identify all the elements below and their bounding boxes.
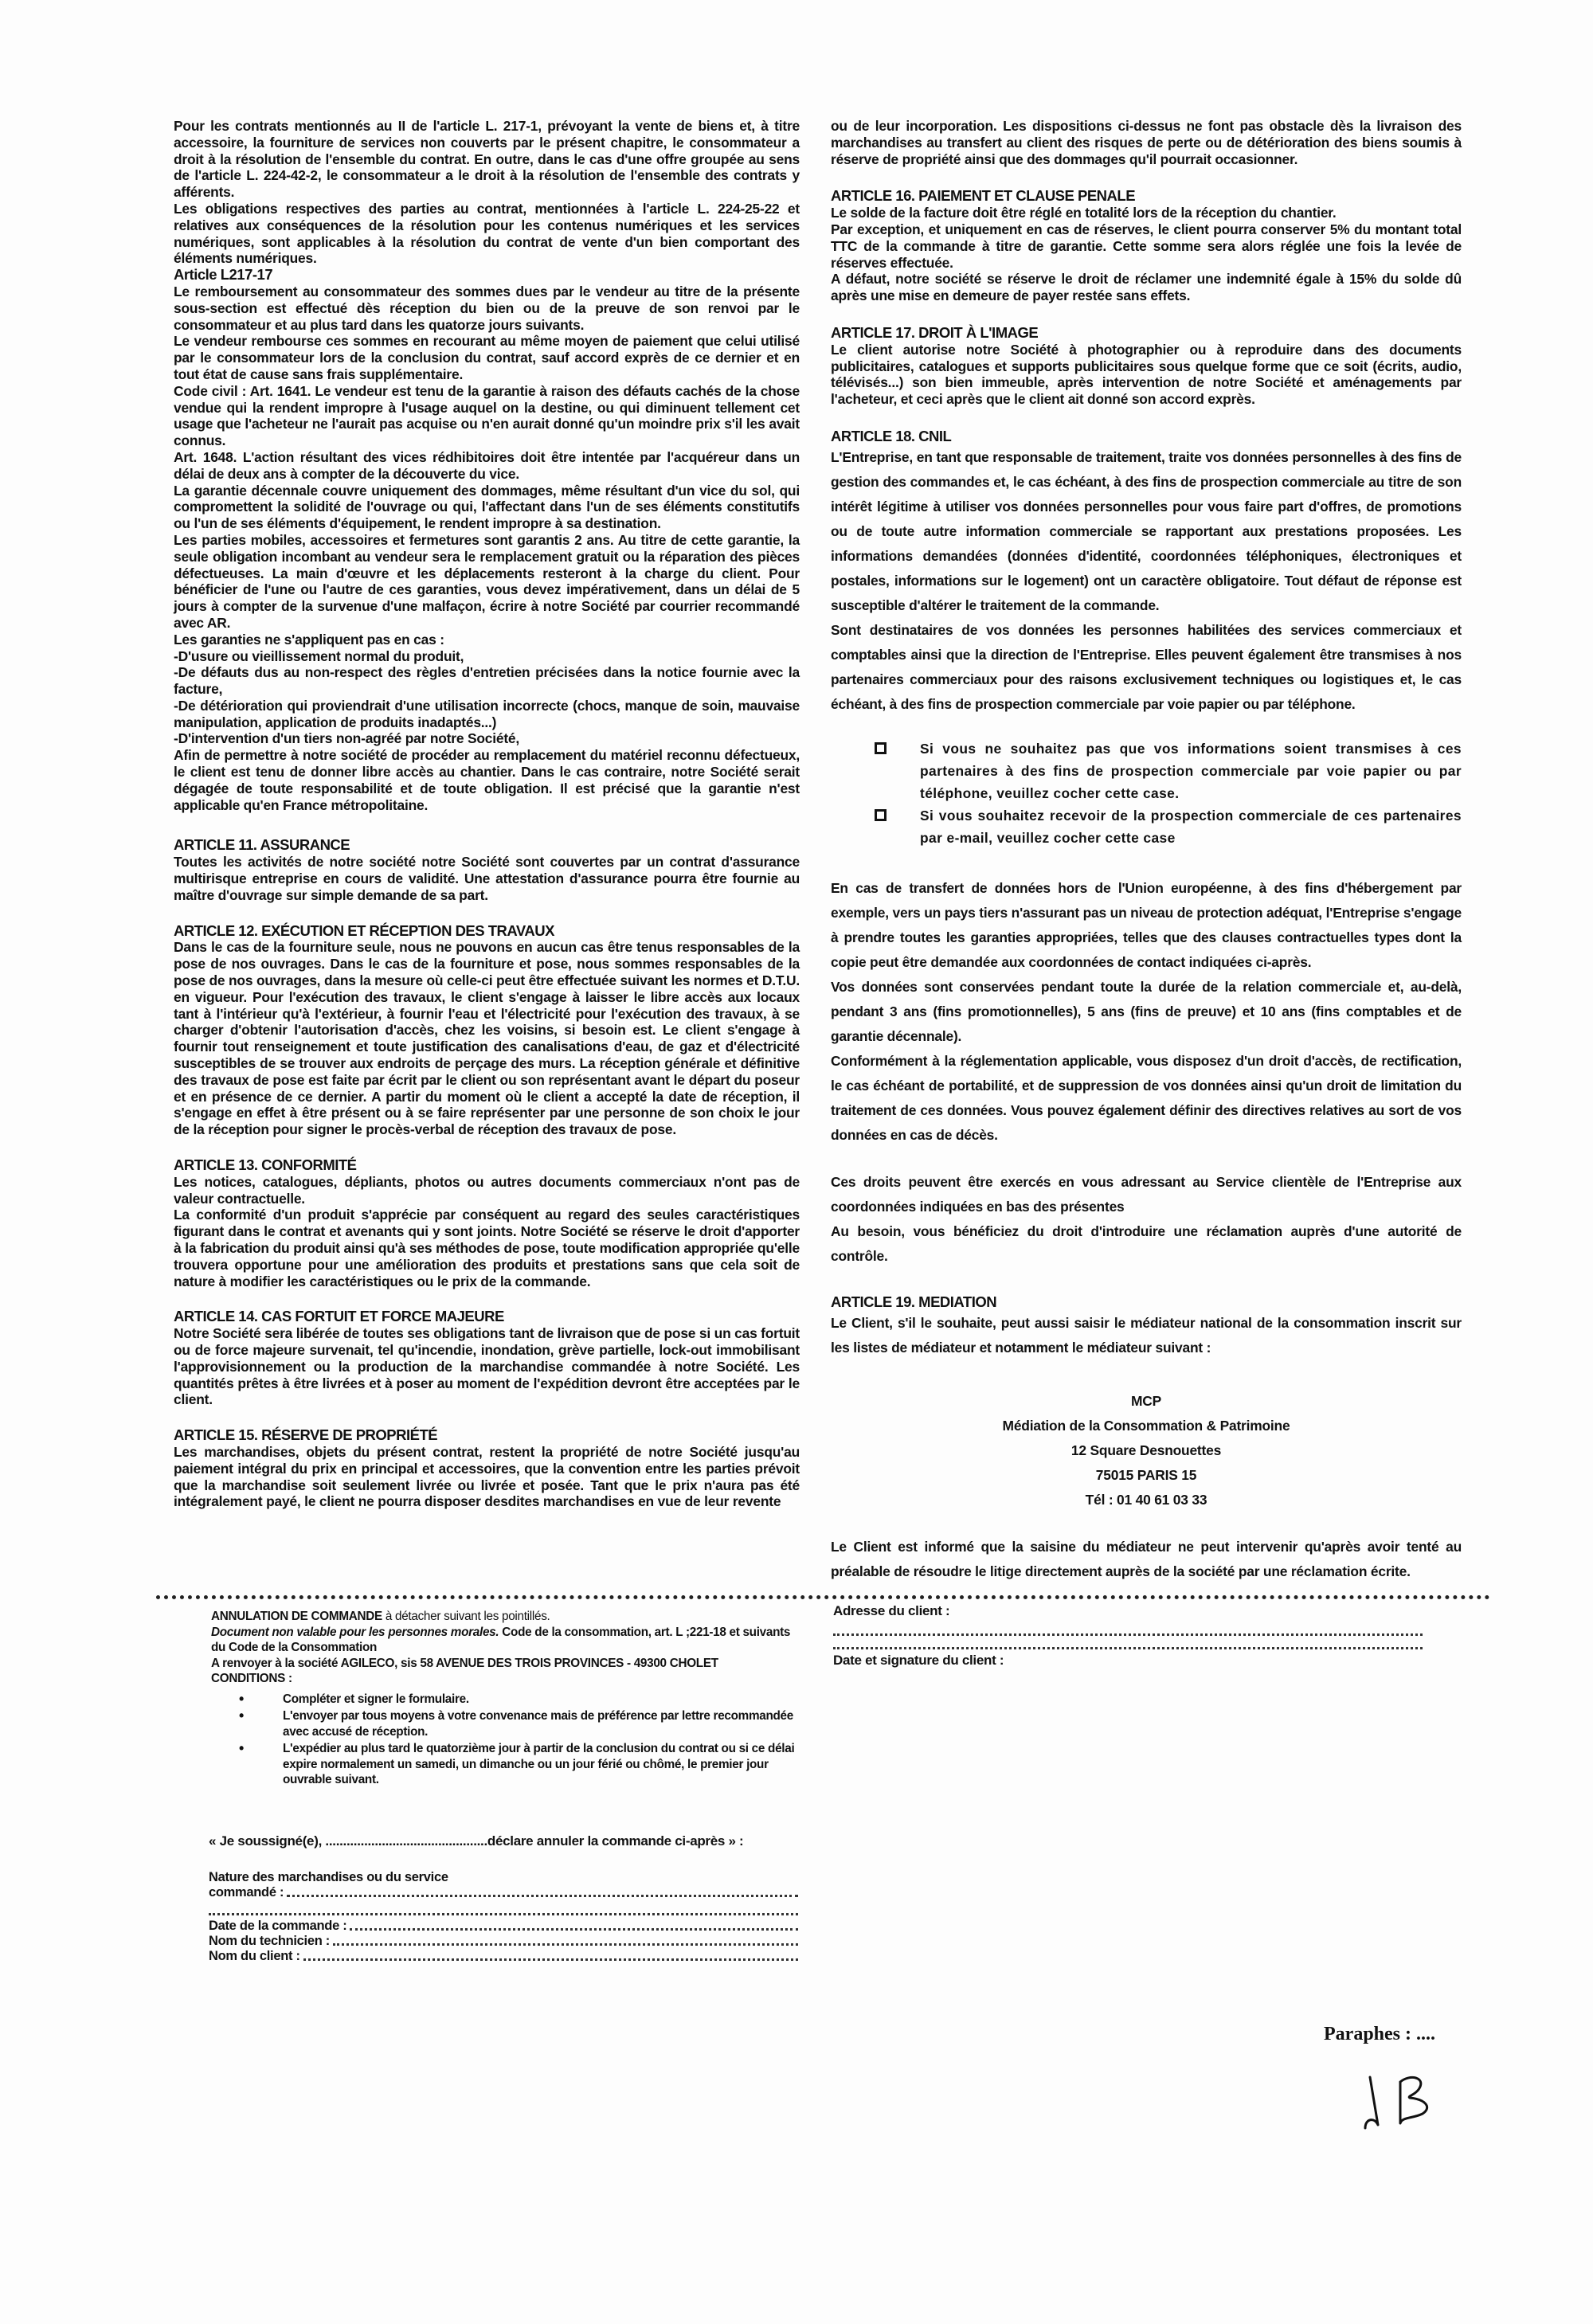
- paragraph: Le Client, s'il le souhaite, peut aussi …: [831, 1311, 1462, 1360]
- legal-note: Document non valable pour les personnes …: [211, 1626, 499, 1639]
- article-16-title: ARTICLE 16. PAIEMENT ET CLAUSE PENALE: [831, 188, 1462, 205]
- client-address-label: Adresse du client :: [833, 1603, 1446, 1619]
- paragraph: Vos données sont conservées pendant tout…: [831, 975, 1462, 1049]
- article-11-title: ARTICLE 11. ASSURANCE: [174, 837, 800, 854]
- cut-line-divider: [156, 1595, 1490, 1599]
- mediator-city: 75015 PARIS 15: [831, 1463, 1462, 1488]
- paragraph: Art. 1648. L'action résultant des vices …: [174, 449, 800, 483]
- paragraph: Sont destinataires de vos données les pe…: [831, 618, 1462, 717]
- client-address-input-2[interactable]: [833, 1647, 1423, 1649]
- exclusion-item: -D'intervention d'un tiers non-agréé par…: [174, 730, 800, 747]
- paragraph: Conformément à la réglementation applica…: [831, 1049, 1462, 1148]
- condition-item: Compléter et signer le formulaire.: [283, 1692, 800, 1708]
- declaration-line[interactable]: « Je soussigné(e), .....................…: [209, 1833, 743, 1849]
- left-column: Pour les contrats mentionnés au II de l'…: [174, 118, 800, 1510]
- article-17-title: ARTICLE 17. DROIT À L'IMAGE: [831, 325, 1462, 342]
- paragraph: Par exception, et uniquement en cas de r…: [831, 221, 1462, 271]
- article-12-title: ARTICLE 12. EXÉCUTION ET RÉCEPTION DES T…: [174, 923, 800, 940]
- intro-paragraph: Pour les contrats mentionnés au II de l'…: [174, 118, 800, 201]
- article-18-title: ARTICLE 18. CNIL: [831, 428, 1462, 445]
- mediator-full-name: Médiation de la Consommation & Patrimoin…: [831, 1414, 1462, 1438]
- client-address-block: Adresse du client : Date et signature du…: [833, 1603, 1446, 1669]
- date-signature-label: Date et signature du client :: [833, 1653, 1446, 1669]
- initials-signature-icon: [1354, 2071, 1450, 2134]
- paragraph: Le solde de la facture doit être réglé e…: [831, 205, 1462, 221]
- return-address: A renvoyer à la société AGILECO, sis 58 …: [211, 1656, 800, 1672]
- paragraph: Le remboursement au consommateur des som…: [174, 284, 800, 333]
- paragraph: Les notices, catalogues, dépliants, phot…: [174, 1174, 800, 1207]
- exclusion-item: -D'usure ou vieillissement normal du pro…: [174, 648, 800, 665]
- technician-input[interactable]: [333, 1943, 798, 1946]
- intro-paragraph: Les obligations respectives des parties …: [174, 201, 800, 267]
- article-14-title: ARTICLE 14. CAS FORTUIT ET FORCE MAJEURE: [174, 1309, 800, 1325]
- paragraph: La garantie décennale couvre uniquement …: [174, 483, 800, 532]
- order-date-field[interactable]: Date de la commande :: [209, 1919, 798, 1934]
- condition-item: L'envoyer par tous moyens à votre conven…: [283, 1708, 800, 1739]
- option-label: Si vous ne souhaitez pas que vos informa…: [920, 737, 1462, 804]
- paragraph: Au besoin, vous bénéficiez du droit d'in…: [831, 1219, 1462, 1269]
- mediator-address: MCP Médiation de la Consommation & Patri…: [831, 1389, 1462, 1512]
- client-name-input[interactable]: [303, 1958, 798, 1961]
- initials-label: Paraphes : ....: [1324, 2024, 1435, 2045]
- checkbox[interactable]: [875, 742, 887, 754]
- paragraph: Afin de permettre à notre société de pro…: [174, 747, 800, 813]
- exclusion-item: -De défauts dus au non-respect des règle…: [174, 664, 800, 698]
- paragraph: Code civil : Art. 1641. Le vendeur est t…: [174, 383, 800, 449]
- nature-input-continued[interactable]: [209, 1913, 798, 1915]
- paragraph: A défaut, notre société se réserve le dr…: [831, 271, 1462, 304]
- paragraph: ou de leur incorporation. Les dispositio…: [831, 118, 1462, 167]
- paragraph: Les marchandises, objets du présent cont…: [174, 1444, 800, 1510]
- paragraph: La conformité d'un produit s'apprécie pa…: [174, 1207, 800, 1289]
- paragraph: L'Entreprise, en tant que responsable de…: [831, 445, 1462, 618]
- paragraph: Les garanties ne s'appliquent pas en cas…: [174, 632, 800, 648]
- paragraph: Le Client est informé que la saisine du …: [831, 1535, 1462, 1584]
- conditions-list: Compléter et signer le formulaire. L'env…: [211, 1692, 800, 1788]
- mediator-street: 12 Square Desnouettes: [831, 1438, 1462, 1463]
- cancellation-fields: Nature des marchandises ou du service co…: [209, 1870, 798, 1964]
- article-19-title: ARTICLE 19. MEDIATION: [831, 1294, 1462, 1311]
- paragraph: Les parties mobiles, accessoires et ferm…: [174, 532, 800, 632]
- technician-field[interactable]: Nom du technicien :: [209, 1934, 798, 1949]
- conditions-label: CONDITIONS :: [211, 1671, 800, 1687]
- paragraph: Toutes les activités de notre société no…: [174, 854, 800, 903]
- article-13-title: ARTICLE 13. CONFORMITÉ: [174, 1157, 800, 1174]
- checkbox[interactable]: [875, 809, 887, 821]
- nature-label: Nature des marchandises ou du service: [209, 1870, 798, 1885]
- paragraph: Le client autorise notre Société à photo…: [831, 342, 1462, 408]
- client-name-field[interactable]: Nom du client :: [209, 1949, 798, 1964]
- paragraph: Le vendeur rembourse ces sommes en recou…: [174, 333, 800, 382]
- cancellation-form-header: ANNULATION DE COMMANDE à détacher suivan…: [211, 1609, 800, 1790]
- signer-name-field[interactable]: ........................................…: [325, 1833, 487, 1849]
- opt-out-postal-option[interactable]: Si vous ne souhaitez pas que vos informa…: [875, 737, 1462, 804]
- order-date-input[interactable]: [350, 1928, 798, 1931]
- option-label: Si vous souhaitez recevoir de la prospec…: [920, 804, 1462, 849]
- mediator-phone: Tél : 01 40 61 03 33: [831, 1488, 1462, 1512]
- paragraph: En cas de transfert de données hors de l…: [831, 876, 1462, 975]
- right-column: ou de leur incorporation. Les dispositio…: [831, 118, 1462, 1584]
- paragraph: Dans le cas de la fourniture seule, nous…: [174, 939, 800, 1138]
- article-15-title: ARTICLE 15. RÉSERVE DE PROPRIÉTÉ: [174, 1427, 800, 1444]
- nature-input[interactable]: [287, 1895, 798, 1897]
- paragraph: Notre Société sera libérée de toutes ses…: [174, 1325, 800, 1408]
- mediator-name: MCP: [831, 1389, 1462, 1414]
- paragraph: Ces droits peuvent être exercés en vous …: [831, 1170, 1462, 1219]
- client-address-input[interactable]: [833, 1633, 1423, 1636]
- condition-item: L'expédier au plus tard le quatorzième j…: [283, 1741, 800, 1788]
- article-l217-17-title: Article L217-17: [174, 267, 800, 284]
- nature-field[interactable]: commandé :: [209, 1885, 798, 1900]
- exclusion-item: -De détérioration qui proviendrait d'une…: [174, 698, 800, 731]
- cancellation-title: ANNULATION DE COMMANDE: [211, 1610, 382, 1623]
- opt-in-email-option[interactable]: Si vous souhaitez recevoir de la prospec…: [875, 804, 1462, 849]
